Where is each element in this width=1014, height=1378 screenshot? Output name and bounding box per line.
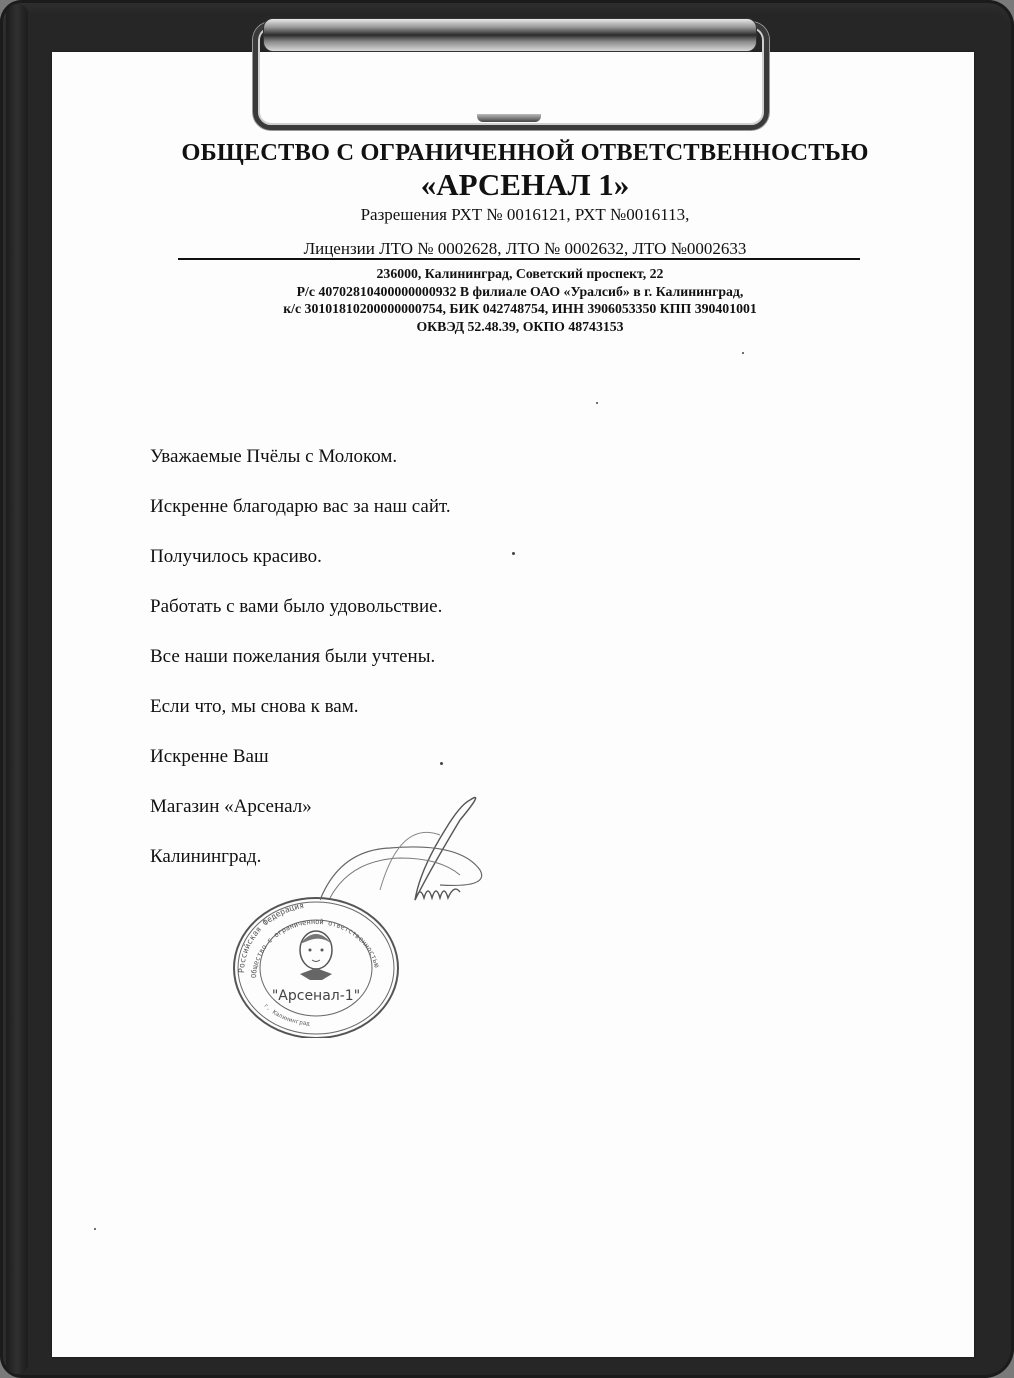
- stamp-center-text: "Арсенал-1": [272, 988, 360, 1004]
- account-line: Р/с 40702810400000000932 В филиале ОАО «…: [200, 283, 840, 301]
- clipboard-clip-icon: [253, 14, 765, 126]
- letterhead-divider: [178, 258, 860, 260]
- letter-line: Если что, мы снова к вам.: [150, 695, 451, 745]
- scan-speck: [742, 352, 744, 354]
- letterhead: ОБЩЕСТВО С ОГРАНИЧЕННОЙ ОТВЕТСТВЕННОСТЬЮ…: [125, 138, 925, 260]
- codes-line: ОКВЭД 52.48.39, ОКПО 48743153: [200, 318, 840, 336]
- letter-line: Все наши пожелания были учтены.: [150, 645, 451, 695]
- letter-line: Работать с вами было удовольствие.: [150, 595, 451, 645]
- letter-line: Получилось красиво.: [150, 545, 451, 595]
- scan-speck: [512, 552, 515, 555]
- greeting-line: Уважаемые Пчёлы с Молоком.: [150, 445, 451, 495]
- clip-bar: [263, 18, 757, 52]
- signature-icon: [320, 780, 500, 920]
- company-requisites: 236000, Калининград, Советский проспект,…: [200, 265, 840, 335]
- clip-tab: [477, 114, 541, 122]
- scan-speck: [596, 402, 598, 404]
- scan-speck: [94, 1228, 96, 1230]
- org-name-heading: «АРСЕНАЛ 1»: [125, 168, 925, 202]
- address-line: 236000, Калининград, Советский проспект,…: [200, 265, 840, 283]
- letter-line: Искренне благодарю вас за наш сайт.: [150, 495, 451, 545]
- licenses-text: Лицензии ЛТО № 0002628, ЛТО № 0002632, Л…: [125, 238, 925, 260]
- scan-speck: [440, 762, 443, 765]
- bank-line: к/с 30101810200000000754, БИК 042748754,…: [200, 300, 840, 318]
- org-type-heading: ОБЩЕСТВО С ОГРАНИЧЕННОЙ ОТВЕТСТВЕННОСТЬЮ: [125, 138, 925, 168]
- permits-text: Разрешения РХТ № 0016121, РХТ №0016113,: [125, 204, 925, 226]
- stamp-portrait-icon: [300, 931, 332, 980]
- clipboard-spine: [6, 4, 28, 1374]
